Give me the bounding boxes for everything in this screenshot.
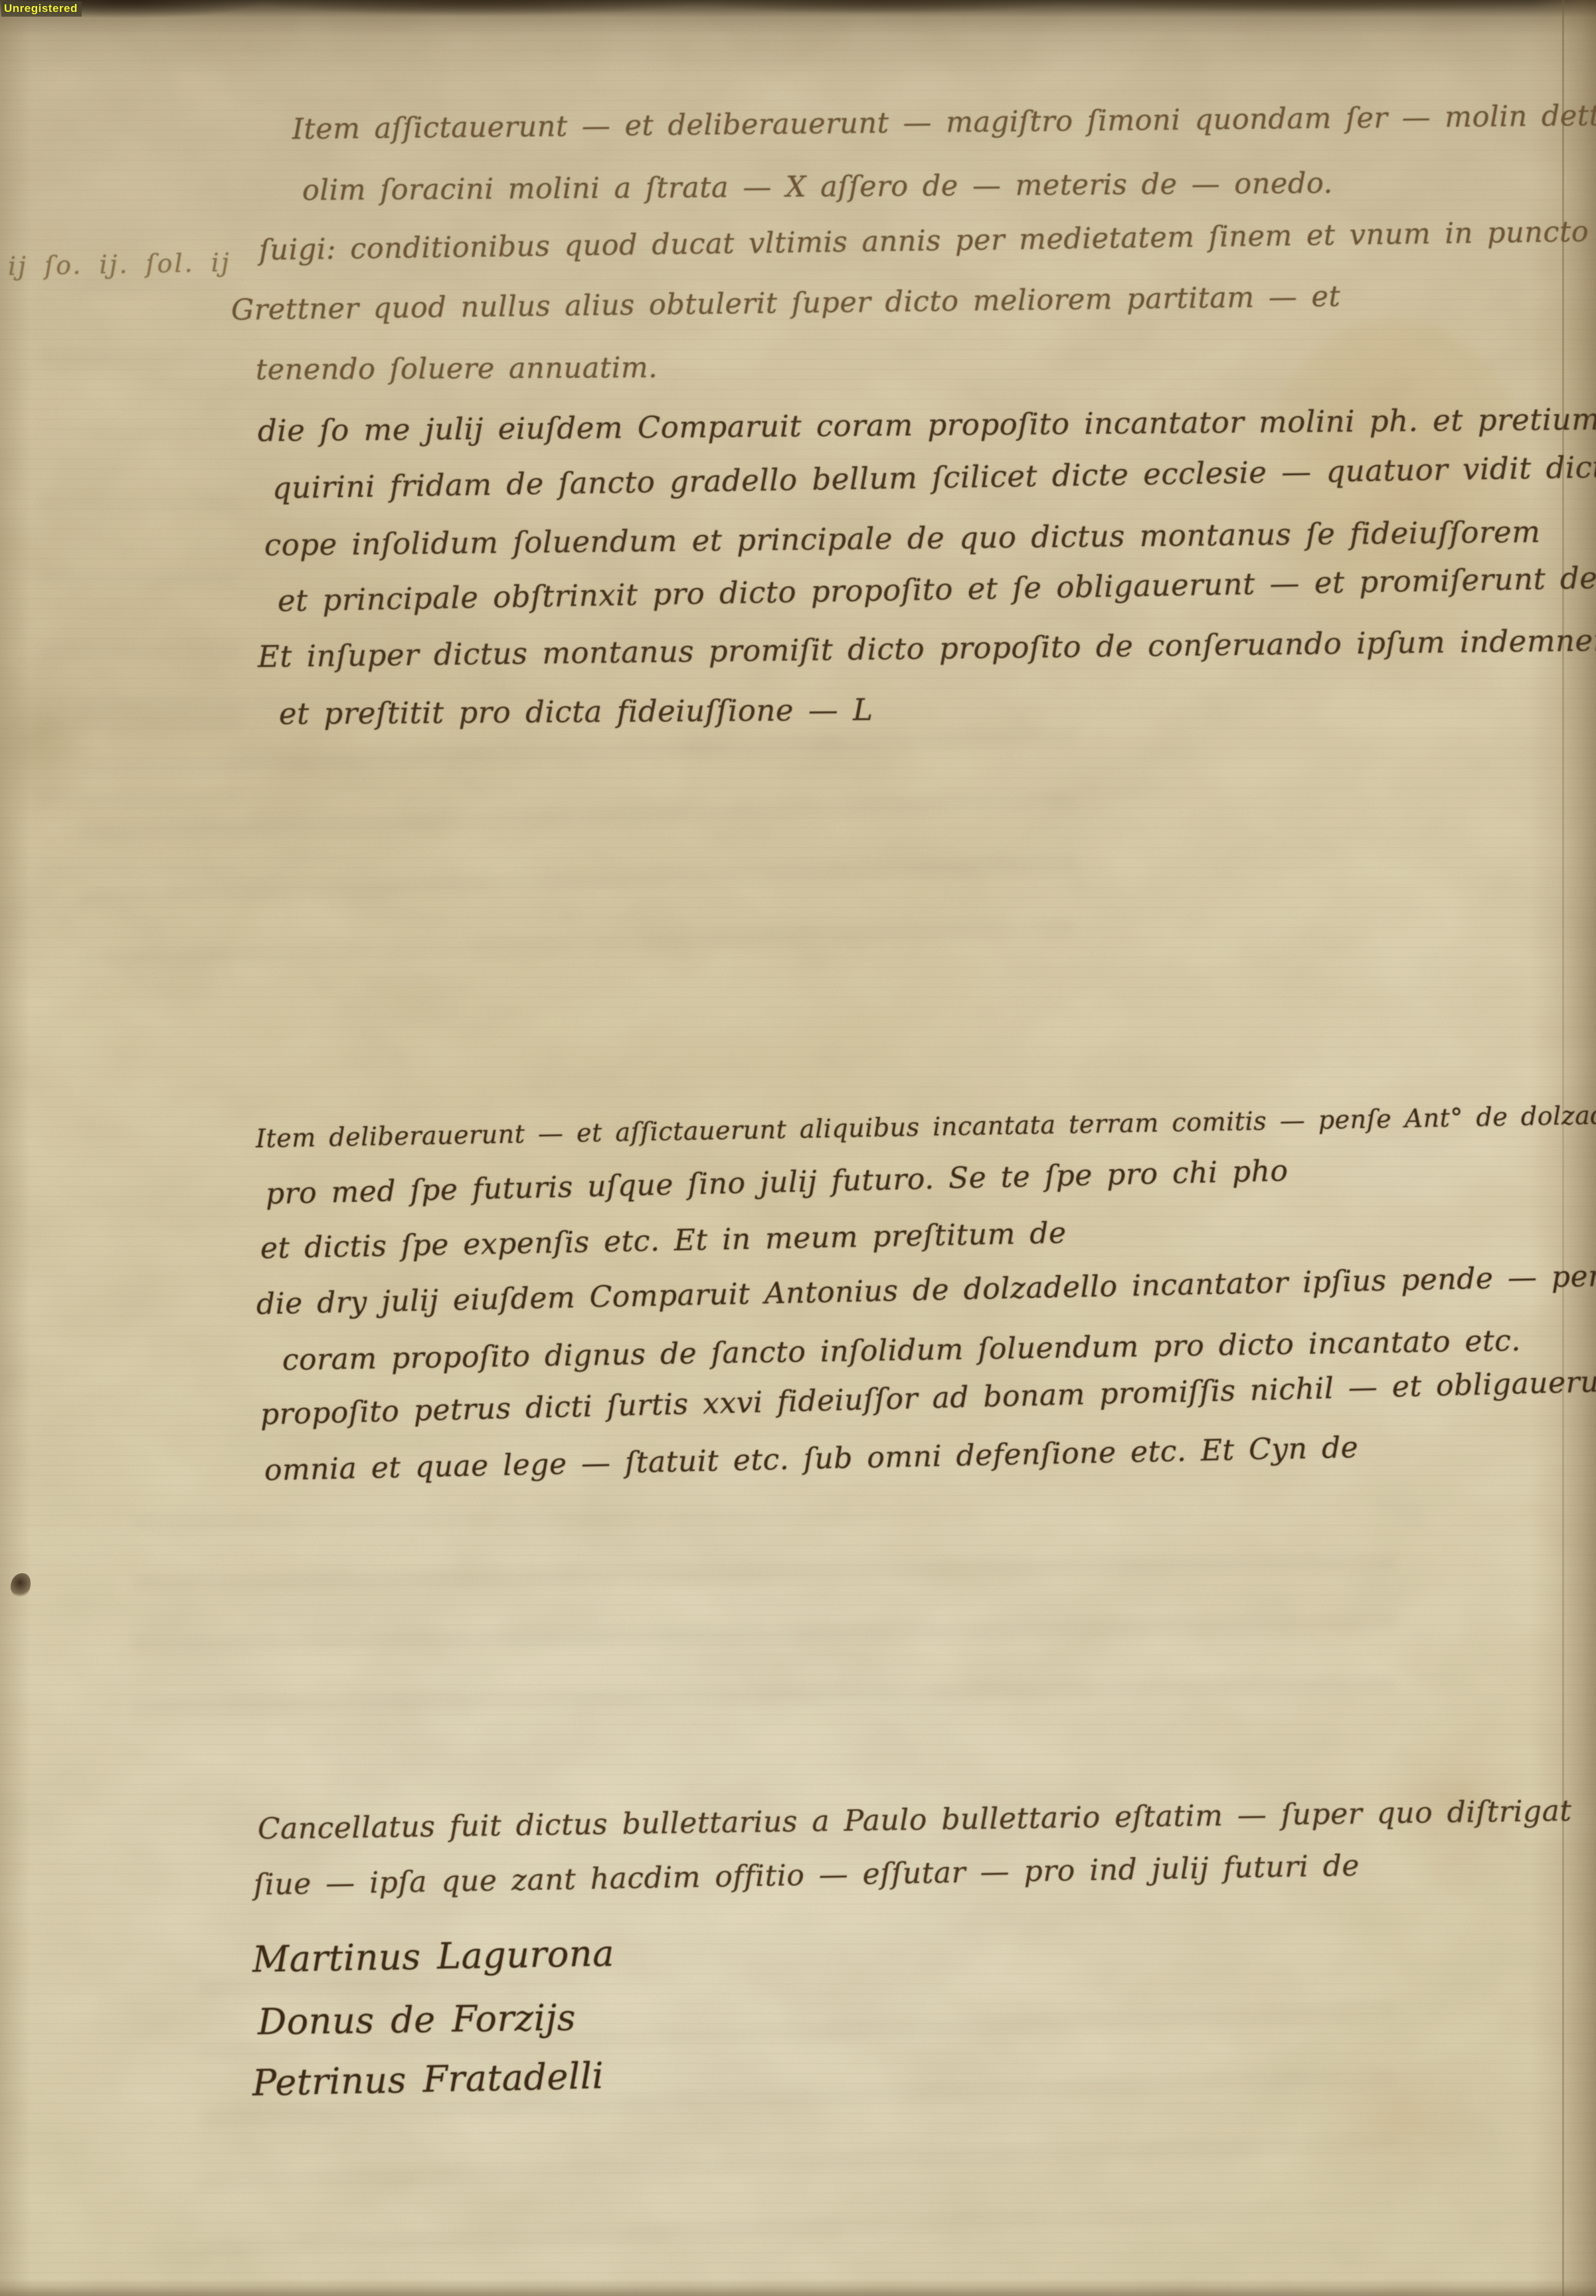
manuscript-line: pro med ſpe futuris uſque ſino julij fut… [265,1154,1288,1211]
signature-line: Martinus Lagurona [252,1932,614,1980]
manuscript-line: die ſo me julij eiuſdem Comparuit coram … [258,401,1596,448]
manuscript-line: Grettner quod nullus alius obtulerit ſup… [231,280,1341,327]
paper-grain-texture [0,0,1596,2296]
manuscript-line: ſuigi: conditionibus quod ducat vltimis … [259,215,1596,267]
manuscript-line: quirini fridam de ſancto gradello bellum… [272,449,1596,506]
manuscript-line: Item deliberauerunt — et aſſictauerunt a… [256,1100,1596,1153]
manuscript-line: et preſtitit pro dicta fideiuſſione — L [279,692,873,731]
top-edge-shadow [0,0,1596,80]
laid-paper-lines [0,0,1596,2296]
manuscript-line: et dictis ſpe expenſis etc. Et in meum p… [260,1216,1067,1266]
page-curl-line [1562,0,1564,2296]
bottom-edge-shadow [0,2279,1596,2296]
signature-line: Petrinus Fratadelli [252,2055,604,2104]
verso-bleedthrough [40,279,239,877]
manuscript-line: die dry julij eiuſdem Comparuit Antonius… [256,1258,1596,1321]
manuscript-line: et principale obſtrinxit pro dicto propo… [278,560,1596,619]
paper-mottle-texture [0,0,1596,2296]
left-edge-shadow [0,0,31,2296]
manuscript-line: ſiue — ipſa que zant hacdim offitio — eſ… [254,1849,1360,1902]
manuscript-line: propoſito petrus dicti ſurtis xxvi fidei… [260,1365,1596,1432]
manuscript-line: cope inſolidum ſoluendum et principale d… [264,514,1541,563]
manuscript-line: Et inſuper dictus montanus promiſit dict… [258,622,1596,674]
verso-bleedthrough [80,698,1076,963]
foxing-stain [1302,2033,1501,2206]
manuscript-line: omnia et quae lege — ſtatuit etc. ſub om… [264,1431,1358,1487]
signature-line: Donus de Forzijs [258,1996,576,2043]
verso-bleedthrough [133,1515,1395,1734]
manuscript-line: coram propoſito dignus de ſancto inſolid… [282,1324,1522,1377]
manuscript-line: olim ſoracini molini a ſtrata — X aſſero… [302,167,1333,207]
unregistered-watermark: Unregistered [1,1,82,17]
manuscript-line: tenendo ſoluere annuatim. [256,351,658,387]
manuscript-page: Unregistered ij ſo. ij. ſol. ij Item aſſ… [0,0,1596,2296]
manuscript-line: Item aſſictauerunt — et deliberauerunt —… [292,99,1596,146]
margin-note: ij ſo. ij. ſol. ij [8,248,231,281]
manuscript-line: Cancellatus fuit dictus bullettarius a P… [258,1794,1572,1846]
